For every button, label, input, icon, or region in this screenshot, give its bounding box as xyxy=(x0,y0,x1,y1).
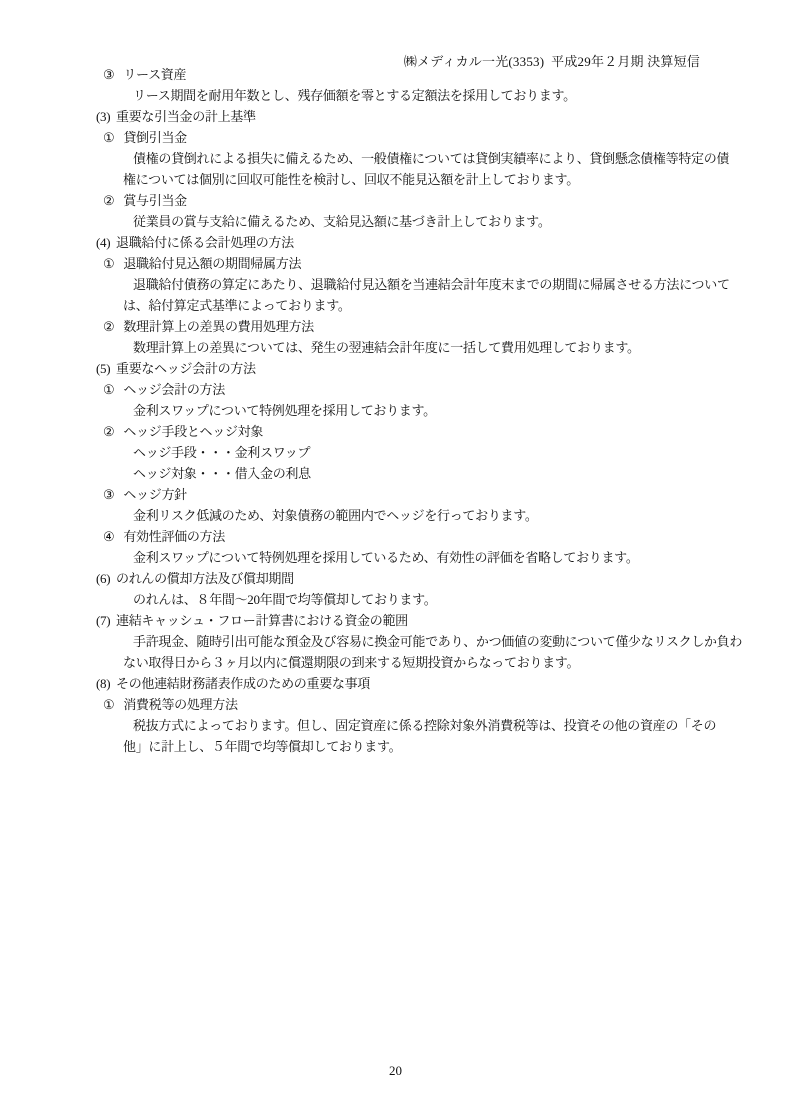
section-number-marker: (8) xyxy=(96,673,112,694)
circled-number-marker: ③ xyxy=(103,67,114,82)
subitem-heading: ①消費税等の処理方法 xyxy=(96,694,756,715)
line-text: 退職給付に係る会計処理の方法 xyxy=(116,235,294,250)
line-text: 従業員の賞与支給に備えるため、支給見込額に基づき計上しております。 xyxy=(133,214,551,229)
line-text: 連結キャッシュ・フロー計算書における資金の範囲 xyxy=(116,613,408,628)
line-text: ヘッジ会計の方法 xyxy=(123,382,225,397)
circled-number-marker: ① xyxy=(103,130,114,145)
circled-number-marker: ① xyxy=(103,382,114,397)
section-number-marker: (5) xyxy=(96,358,112,379)
paragraph-line: 権については個別に回収可能性を検討し、回収不能見込額を計上しております。 xyxy=(96,169,756,190)
circled-number-marker: ② xyxy=(103,424,114,439)
subitem-heading: ②数理計算上の差異の費用処理方法 xyxy=(96,316,756,337)
paragraph-line: 退職給付債務の算定にあたり、退職給付見込額を当連結会計年度末までの期間に帰属させ… xyxy=(96,274,756,295)
section-heading: (8)その他連結財務諸表作成のための重要な事項 xyxy=(96,673,756,694)
line-text: 重要な引当金の計上基準 xyxy=(116,109,256,124)
paragraph-line: 金利スワップについて特例処理を採用しているため、有効性の評価を省略しております。 xyxy=(96,547,756,568)
section-number-marker: (3) xyxy=(96,106,112,127)
subitem-heading: ③ヘッジ方針 xyxy=(96,484,756,505)
section-heading: (6)のれんの償却方法及び償却期間 xyxy=(96,568,756,589)
paragraph-line: 税抜方式によっております。但し、固定資産に係る控除対象外消費税等は、投資その他の… xyxy=(96,715,756,736)
line-text: その他連結財務諸表作成のための重要な事項 xyxy=(116,676,370,691)
section-heading: (7)連結キャッシュ・フロー計算書における資金の範囲 xyxy=(96,610,756,631)
paragraph-line: 従業員の賞与支給に備えるため、支給見込額に基づき計上しております。 xyxy=(96,211,756,232)
line-text: のれんの償却方法及び償却期間 xyxy=(116,571,294,586)
line-text: ヘッジ手段・・・金利スワップ xyxy=(133,445,310,460)
paragraph-line: のれんは、８年間～20年間で均等償却しております。 xyxy=(96,589,756,610)
line-text: 金利スワップについて特例処理を採用しているため、有効性の評価を省略しております。 xyxy=(133,550,639,565)
paragraph-line: 数理計算上の差異については、発生の翌連結会計年度に一括して費用処理しております。 xyxy=(96,337,756,358)
circled-number-marker: ② xyxy=(103,193,114,208)
line-text: ヘッジ方針 xyxy=(123,487,187,502)
section-heading: (5)重要なヘッジ会計の方法 xyxy=(96,358,756,379)
subitem-heading: ④有効性評価の方法 xyxy=(96,526,756,547)
subitem-heading: ①貸倒引当金 xyxy=(96,127,756,148)
paragraph-line: は、給付算定式基準によっております。 xyxy=(96,295,756,316)
line-text: ない取得日から３ヶ月以内に償還期限の到来する短期投資からなっております。 xyxy=(123,655,579,670)
subitem-heading: ②ヘッジ手段とヘッジ対象 xyxy=(96,421,756,442)
line-text: ヘッジ手段とヘッジ対象 xyxy=(123,424,263,439)
circled-number-marker: ③ xyxy=(103,487,114,502)
paragraph-line: 他」に計上し、５年間で均等償却しております。 xyxy=(96,736,756,757)
line-text: 重要なヘッジ会計の方法 xyxy=(116,361,256,376)
paragraph-line: 金利リスク低減のため、対象債務の範囲内でヘッジを行っております。 xyxy=(96,505,756,526)
section-number-marker: (4) xyxy=(96,232,112,253)
line-text: 金利リスク低減のため、対象債務の範囲内でヘッジを行っております。 xyxy=(133,508,538,523)
line-text: のれんは、８年間～20年間で均等償却しております。 xyxy=(133,592,436,607)
section-number-marker: (6) xyxy=(96,568,112,589)
section-heading: (3)重要な引当金の計上基準 xyxy=(96,106,756,127)
document-body: ③リース資産 リース期間を耐用年数とし、残存価額を零とする定額法を採用しておりま… xyxy=(96,64,756,757)
line-text: 有効性評価の方法 xyxy=(123,529,225,544)
line-text: 他」に計上し、５年間で均等償却しております。 xyxy=(123,739,401,754)
line-text: 数理計算上の差異の費用処理方法 xyxy=(123,319,314,334)
section-number-marker: (7) xyxy=(96,610,112,631)
paragraph-line: ヘッジ対象・・・借入金の利息 xyxy=(96,463,756,484)
document-page: ㈱メディカル一光(3353) 平成29年２月期 決算短信 ③リース資産 リース期… xyxy=(0,0,791,1119)
line-text: リース資産 xyxy=(123,67,186,82)
line-text: リース期間を耐用年数とし、残存価額を零とする定額法を採用しております。 xyxy=(133,88,576,103)
circled-number-marker: ① xyxy=(103,697,114,712)
line-text: 手許現金、随時引出可能な預金及び容易に換金可能であり、かつ価値の変動について僅少… xyxy=(133,634,742,649)
line-text: 税抜方式によっております。但し、固定資産に係る控除対象外消費税等は、投資その他の… xyxy=(133,718,716,733)
line-text: 債権の貸倒れによる損失に備えるため、一般債権については貸倒実績率により、貸倒懸念… xyxy=(133,151,729,166)
line-text: は、給付算定式基準によっております。 xyxy=(123,298,351,313)
paragraph-line: ない取得日から３ヶ月以内に償還期限の到来する短期投資からなっております。 xyxy=(96,652,756,673)
paragraph-line: 金利スワップについて特例処理を採用しております。 xyxy=(96,400,756,421)
line-text: ヘッジ対象・・・借入金の利息 xyxy=(133,466,311,481)
line-text: 貸倒引当金 xyxy=(123,130,187,145)
subitem-heading: ①ヘッジ会計の方法 xyxy=(96,379,756,400)
line-text: 消費税等の処理方法 xyxy=(123,697,237,712)
page-number: 20 xyxy=(0,1063,791,1079)
subitem-heading: ②賞与引当金 xyxy=(96,190,756,211)
section-heading: (4)退職給付に係る会計処理の方法 xyxy=(96,232,756,253)
paragraph-line: 債権の貸倒れによる損失に備えるため、一般債権については貸倒実績率により、貸倒懸念… xyxy=(96,148,756,169)
line-text: 賞与引当金 xyxy=(123,193,187,208)
line-text: 金利スワップについて特例処理を採用しております。 xyxy=(133,403,436,418)
line-text: 数理計算上の差異については、発生の翌連結会計年度に一括して費用処理しております。 xyxy=(133,340,640,355)
paragraph-line: 手許現金、随時引出可能な預金及び容易に換金可能であり、かつ価値の変動について僅少… xyxy=(96,631,756,652)
paragraph-line: リース期間を耐用年数とし、残存価額を零とする定額法を採用しております。 xyxy=(96,85,756,106)
line-text: 退職給付債務の算定にあたり、退職給付見込額を当連結会計年度末までの期間に帰属させ… xyxy=(133,277,730,292)
subitem-heading: ①退職給付見込額の期間帰属方法 xyxy=(96,253,756,274)
paragraph-line: ヘッジ手段・・・金利スワップ xyxy=(96,442,756,463)
line-text: 退職給付見込額の期間帰属方法 xyxy=(123,256,301,271)
circled-number-marker: ① xyxy=(103,256,114,271)
circled-number-marker: ② xyxy=(103,319,114,334)
subitem-heading: ③リース資産 xyxy=(96,64,756,85)
circled-number-marker: ④ xyxy=(103,529,114,544)
line-text: 権については個別に回収可能性を検討し、回収不能見込額を計上しております。 xyxy=(123,172,579,187)
